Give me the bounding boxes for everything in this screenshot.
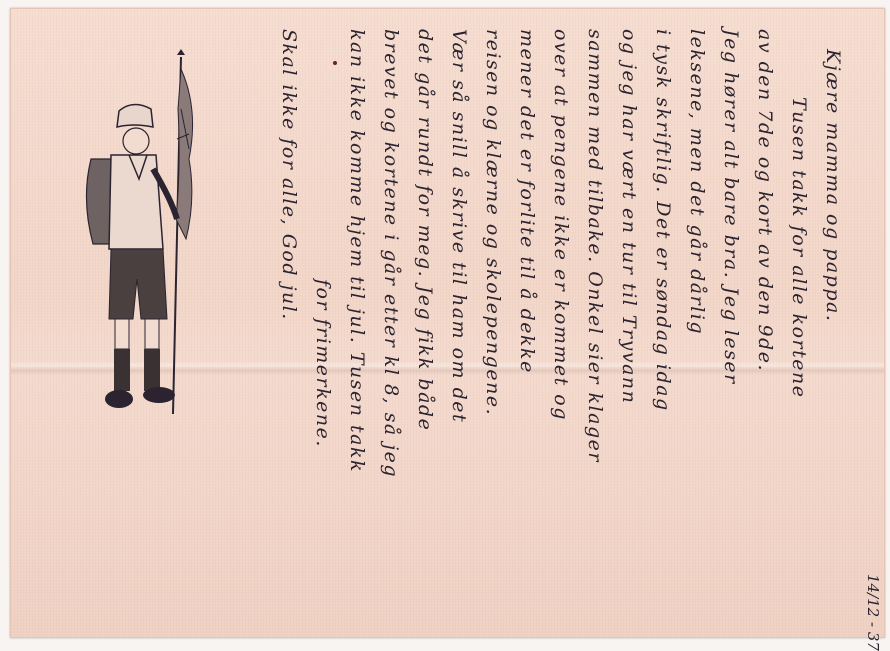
text-line-16: for frimerkene.: [313, 279, 332, 448]
text-line-6: i tysk skriftlig. Det er søndag idag: [653, 29, 672, 412]
text-line-15: kan ikke komme hjem til jul. Tusen takk: [347, 29, 366, 473]
text-line-4: Jeg hører alt bare bra. Jeg leser: [721, 29, 740, 385]
postcard: Kjære mamma og pappa. Tusen takk for all…: [10, 8, 885, 638]
text-line-8: sammen med tilbake. Onkel sier klager: [585, 29, 604, 463]
text-line-11: reisen og klærne og skolepengene.: [483, 29, 502, 416]
text-line-9: over at pengene ikke er kommet og: [551, 29, 570, 421]
text-line-17: Skal ikke for alle, God jul.: [279, 29, 298, 321]
text-line-10: mener det er forlite til å dekke: [517, 29, 536, 374]
text-line-13: det går rundt for meg. Jeg fikk både: [415, 29, 434, 431]
text-line-12: Vær så snill å skrive til ham om det: [449, 29, 468, 423]
text-line-14: brevet og kortene i går etter kl 8, så j…: [381, 29, 400, 478]
text-line-5: leksene, men det går dårlig: [687, 29, 706, 335]
text-line-2: Tusen takk for alle kortene: [789, 97, 808, 398]
handwritten-text: Kjære mamma og pappa. Tusen takk for all…: [11, 9, 884, 637]
date-stamp: 14/12 - 37: [864, 574, 882, 646]
text-line-3: av den 7de og kort av den 9de.: [755, 29, 774, 372]
text-line-1: Kjære mamma og pappa.: [823, 49, 842, 322]
text-line-7: og jeg har vært en tur til Tryvann: [619, 29, 638, 404]
